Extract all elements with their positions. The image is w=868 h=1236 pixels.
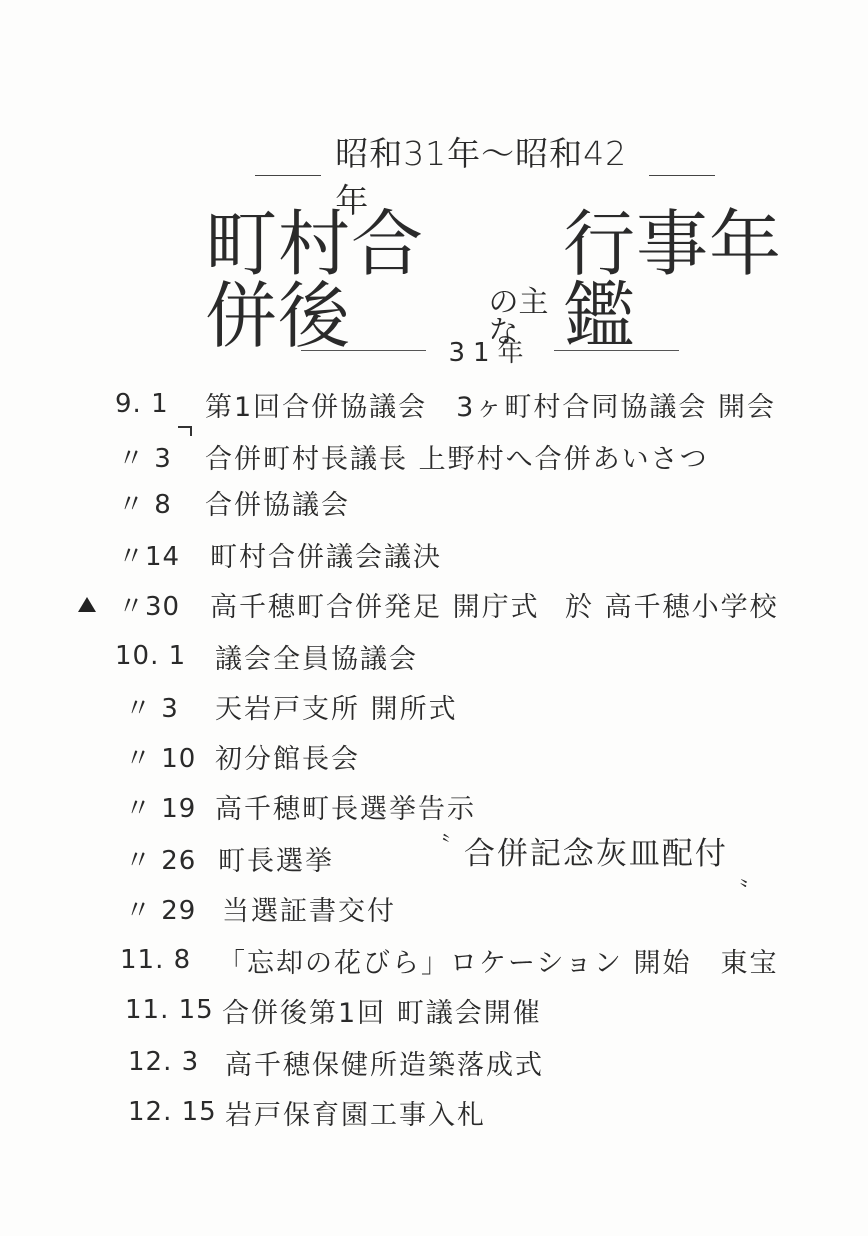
entry-date: 〃 8 xyxy=(118,484,208,521)
entry-event: 高千穂町長選挙告示 xyxy=(215,787,476,826)
entry-date: 〃14 xyxy=(118,536,208,573)
title-part-2: 行事年鑑 xyxy=(563,208,785,352)
commemorative-note: 〝 合併記念灰皿配付 〟 xyxy=(430,828,762,873)
list-item: 〃14 町村合併議会議決 xyxy=(0,530,868,578)
triangle-marker-icon xyxy=(78,597,96,612)
entry-date: 〃 3 xyxy=(118,438,208,475)
list-item: 〃 10 初分館長会 xyxy=(0,732,868,780)
entry-date: 11. 15 xyxy=(125,995,215,1025)
list-item: 12. 15 岩戸保育園工事入札 xyxy=(0,1088,868,1136)
entry-date: 11. 8 xyxy=(120,945,210,975)
commemorative-note-text: 合併記念灰皿配付 xyxy=(464,836,728,872)
entry-date: 12. 15 xyxy=(128,1097,218,1127)
entry-event: 「忘却の花びら」ロケーション 開始 東宝 xyxy=(218,941,779,980)
entry-date: 〃 19 xyxy=(125,788,215,825)
entry-event: 岩戸保育園工事入札 xyxy=(225,1093,486,1132)
year-label: 31年 xyxy=(448,332,531,369)
entry-date: 10. 1 xyxy=(115,641,205,671)
close-quote-mark: 〟 xyxy=(740,866,762,890)
entry-date: 12. 3 xyxy=(128,1047,218,1077)
entry-date: 〃 26 xyxy=(125,840,215,877)
entry-date: 〃 29 xyxy=(125,890,215,927)
list-item: 9. 1 第1回合併協議会 3ヶ町村合同協議会 開会 xyxy=(0,380,868,428)
title-part-1: 町村合併後 xyxy=(205,208,483,352)
list-item: 10. 1 議会全員協議会 xyxy=(0,632,868,680)
divider-left xyxy=(255,175,321,176)
list-item: 11. 8 「忘却の花びら」ロケーション 開始 東宝 xyxy=(0,936,868,984)
entry-event: 高千穂保健所造築落成式 xyxy=(225,1043,544,1082)
bracket-mark-icon xyxy=(178,426,192,436)
list-item: 〃 29 当選証書交付 xyxy=(0,884,868,932)
entry-date: 9. 1 xyxy=(115,389,205,419)
entry-event: 第1回合併協議会 3ヶ町村合同協議会 開会 xyxy=(205,385,776,424)
entry-date: 〃 3 xyxy=(125,688,215,725)
open-quote-mark: 〝 xyxy=(430,832,452,856)
list-item: 〃 3 天岩戸支所 開所式 xyxy=(0,682,868,730)
entry-date: 〃30 xyxy=(118,586,208,623)
divider-left xyxy=(301,350,426,351)
list-item: 11. 15 合併後第1回 町議会開催 xyxy=(0,986,868,1034)
entry-date: 〃 10 xyxy=(125,738,215,775)
entry-event: 町村合併議会議決 xyxy=(210,535,442,574)
divider-right xyxy=(649,175,715,176)
entry-event: 天岩戸支所 開所式 xyxy=(215,687,458,726)
scanned-page: 昭和31年〜昭和42年 町村合併後 の主な 行事年鑑 31年 9. 1 第1回合… xyxy=(0,0,868,1236)
entry-event: 町長選挙 xyxy=(218,839,334,878)
entry-event: 議会全員協議会 xyxy=(215,637,418,676)
entry-event: 合併協議会 xyxy=(205,483,350,522)
year-heading: 31年 xyxy=(270,332,710,369)
entry-event: 初分館長会 xyxy=(215,737,360,776)
list-item: 〃30 高千穂町合併発足 開庁式 於 高千穂小学校 xyxy=(0,580,868,628)
entry-event: 高千穂町合併発足 開庁式 xyxy=(210,585,540,624)
list-item: 〃 19 高千穂町長選挙告示 xyxy=(0,782,868,830)
page-title: 町村合併後 の主な 行事年鑑 xyxy=(205,208,785,352)
entry-event: 合併町村長議長 上野村へ合併あいさつ xyxy=(205,437,709,476)
list-item: 〃 8 合併協議会 xyxy=(0,478,868,526)
entry-venue-note: 於 高千穂小学校 xyxy=(565,585,779,624)
list-item: 〃 3 合併町村長議長 上野村へ合併あいさつ xyxy=(0,432,868,480)
entry-event: 当選証書交付 xyxy=(222,889,396,928)
list-item: 12. 3 高千穂保健所造築落成式 xyxy=(0,1038,868,1086)
entry-event: 合併後第1回 町議会開催 xyxy=(222,991,542,1030)
divider-right xyxy=(554,350,679,351)
